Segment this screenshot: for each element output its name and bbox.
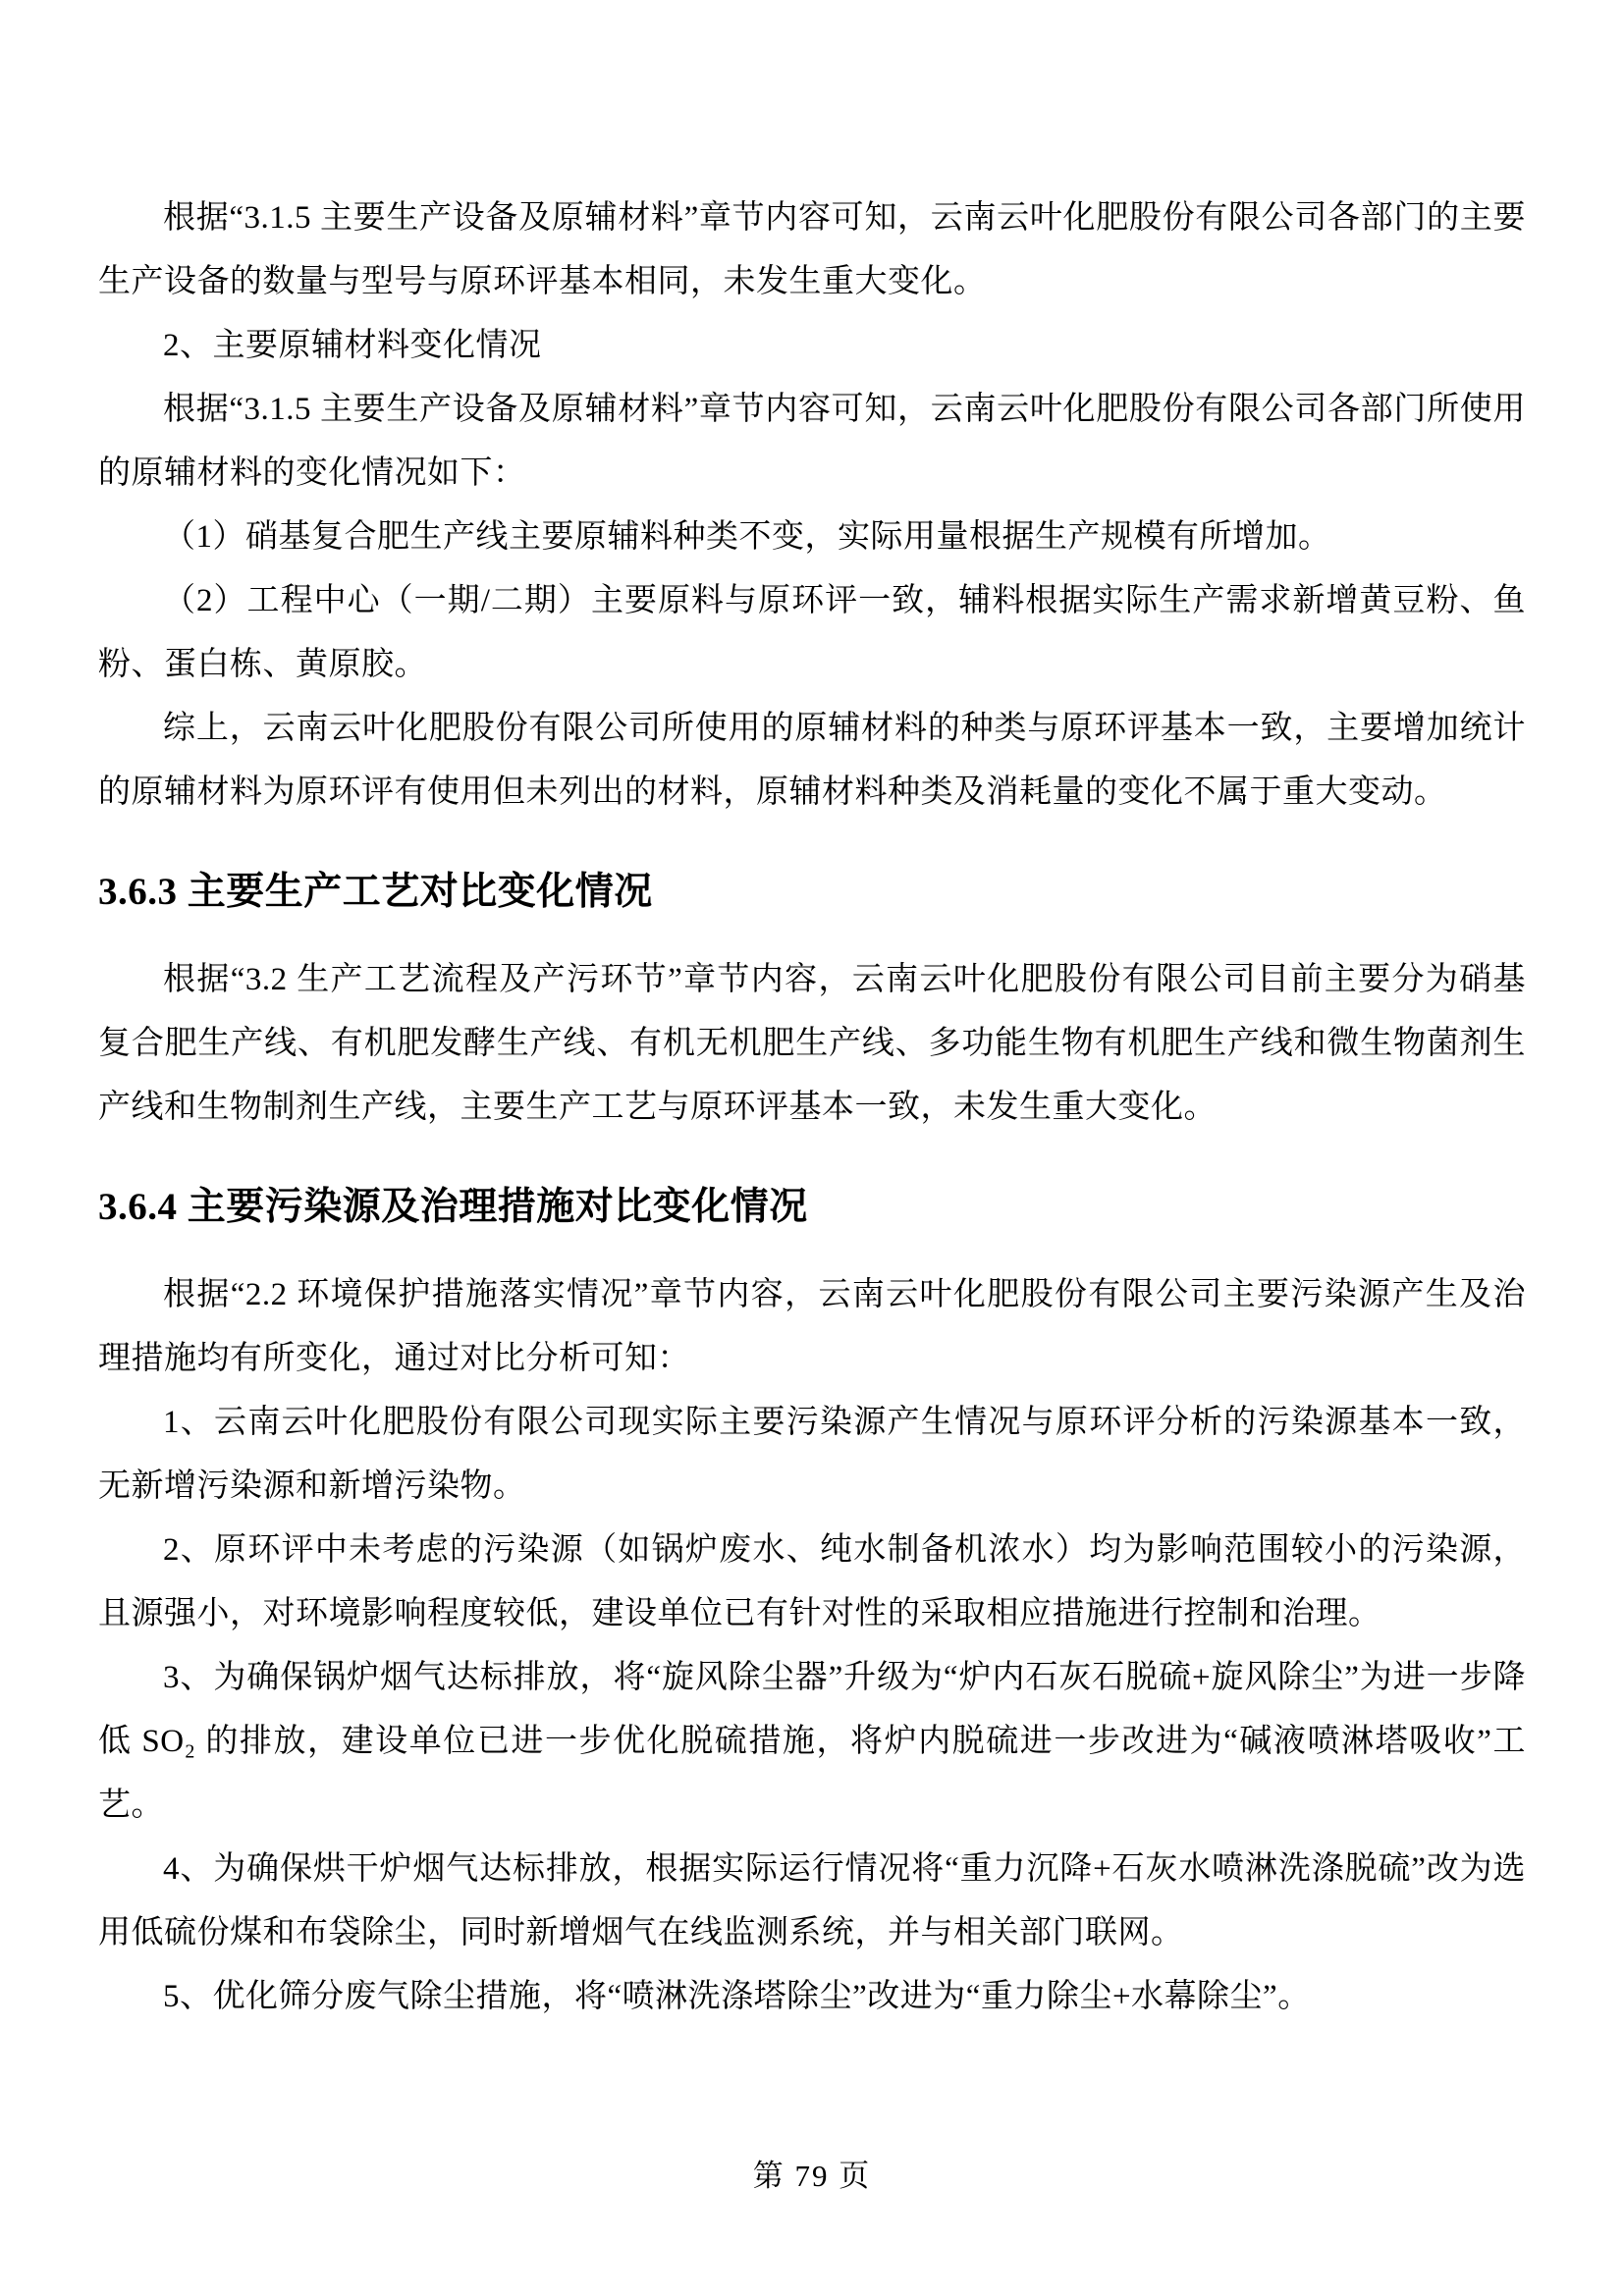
list-item: 1、云南云叶化肥股份有限公司现实际主要污染源产生情况与原环评分析的污染源基本一致…: [98, 1391, 1526, 1519]
list-item: 3、为确保锅炉烟气达标排放，将“旋风除尘器”升级为“炉内石灰石脱硫+旋风除尘”为…: [98, 1646, 1526, 1838]
paragraph: 根据“2.2 环境保护措施落实情况”章节内容，云南云叶化肥股份有限公司主要污染源…: [98, 1263, 1526, 1391]
list-item: （1）硝基复合肥生产线主要原辅料种类不变，实际用量根据生产规模有所增加。: [98, 506, 1526, 569]
document-page: 根据“3.1.5 主要生产设备及原辅材料”章节内容可知，云南云叶化肥股份有限公司…: [0, 0, 1624, 2296]
page-number-label: 第 79 页: [753, 2159, 872, 2193]
section-heading-3-6-3: 3.6.3 主要生产工艺对比变化情况: [98, 864, 1526, 921]
list-item: （2）工程中心（一期/二期）主要原料与原环评一致，辅料根据实际生产需求新增黄豆粉…: [98, 569, 1526, 697]
page-footer: 第 79 页: [0, 2156, 1624, 2197]
section-heading-3-6-4: 3.6.4 主要污染源及治理措施对比变化情况: [98, 1179, 1526, 1236]
list-item-heading: 2、主要原辅材料变化情况: [98, 314, 1526, 378]
list-item: 2、原环评中未考虑的污染源（如锅炉废水、纯水制备机浓水）均为影响范围较小的污染源…: [98, 1519, 1526, 1646]
list-item: 4、为确保烘干炉烟气达标排放，根据实际运行情况将“重力沉降+石灰水喷淋洗涤脱硫”…: [98, 1838, 1526, 1965]
paragraph: 根据“3.1.5 主要生产设备及原辅材料”章节内容可知，云南云叶化肥股份有限公司…: [98, 187, 1526, 314]
paragraph: 根据“3.2 生产工艺流程及产污环节”章节内容，云南云叶化肥股份有限公司目前主要…: [98, 948, 1526, 1140]
paragraph: 综上，云南云叶化肥股份有限公司所使用的原辅材料的种类与原环评基本一致，主要增加统…: [98, 697, 1526, 825]
paragraph: 根据“3.1.5 主要生产设备及原辅材料”章节内容可知，云南云叶化肥股份有限公司…: [98, 378, 1526, 506]
document-body: 根据“3.1.5 主要生产设备及原辅材料”章节内容可知，云南云叶化肥股份有限公司…: [98, 187, 1526, 2029]
list-item: 5、优化筛分废气除尘措施，将“喷淋洗涤塔除尘”改进为“重力除尘+水幕除尘”。: [98, 1965, 1526, 2029]
